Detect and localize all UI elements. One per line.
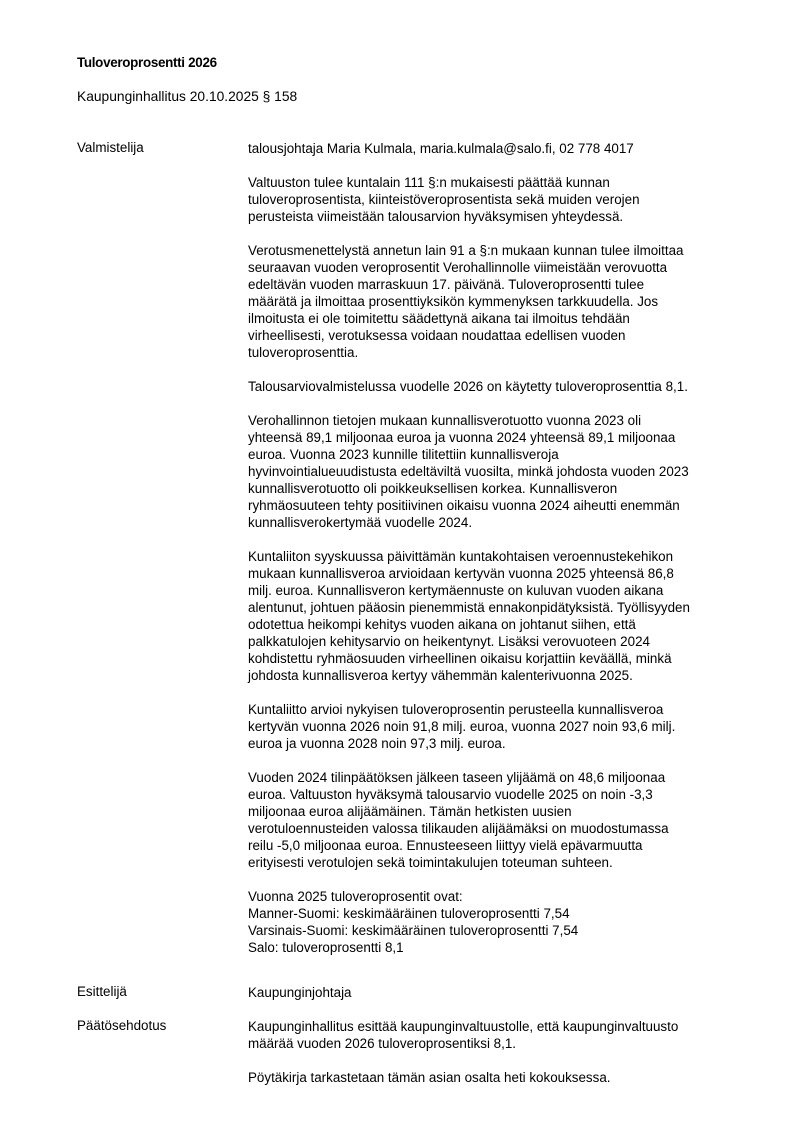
text-line: Vuonna 2025 tuloveroprosentit ovat: [248, 888, 748, 905]
proposal-label: Päätösehdotus [77, 1018, 247, 1033]
preparer-contact: talousjohtaja Maria Kulmala, maria.kulma… [248, 140, 748, 157]
preparer-paragraph: Vuonna 2025 tuloveroprosentit ovat:Manne… [248, 888, 748, 956]
text-line: kertyvän vuonna 2026 noin 91,8 milj. eur… [248, 718, 748, 735]
preparer-content: talousjohtaja Maria Kulmala, maria.kulma… [248, 140, 748, 956]
proposal-paragraph: Pöytäkirja tarkastetaan tämän asian osal… [248, 1069, 748, 1086]
text-line: kunnallisverotuotto oli poikkeuksellisen… [248, 480, 748, 497]
text-line: milj. euroa. Kunnallisveron kertymäennus… [248, 582, 748, 599]
presenter-value: Kaupunginjohtaja [248, 984, 748, 1001]
text-line: Varsinais-Suomi: keskimääräinen tulovero… [248, 922, 748, 939]
text-line: edeltävän vuoden marraskuun 17. päivänä.… [248, 276, 748, 293]
preparer-paragraph: Kuntaliiton syyskuussa päivittämän kunta… [248, 548, 748, 684]
text-line: Vuoden 2024 tilinpäätöksen jälkeen tasee… [248, 769, 748, 786]
text-line: määrää vuoden 2026 tuloveroprosentiksi 8… [248, 1035, 748, 1052]
preparer-paragraph: Vuoden 2024 tilinpäätöksen jälkeen tasee… [248, 769, 748, 871]
preparer-paragraph: Verotusmenettelystä annetun lain 91 a §:… [248, 242, 748, 361]
text-line: reilu -5,0 miljoonaa euroa. Ennusteeseen… [248, 837, 748, 854]
presenter-label: Esittelijä [77, 984, 247, 999]
proposal-paragraph: Kaupunginhallitus esittää kaupunginvaltu… [248, 1018, 748, 1052]
text-line: kohdistettu ryhmäosuuden virheellinen oi… [248, 650, 748, 667]
text-line: virheellisesti, verotuksessa voidaan nou… [248, 327, 748, 344]
text-line: Kuntaliiton syyskuussa päivittämän kunta… [248, 548, 748, 565]
preparer-paragraph: Verohallinnon tietojen mukaan kunnallisv… [248, 412, 748, 531]
meeting-reference: Kaupunginhallitus 20.10.2025 § 158 [77, 89, 297, 104]
preparer-paragraph: Talousarviovalmistelussa vuodelle 2026 o… [248, 378, 748, 395]
preparer-label: Valmistelija [77, 140, 247, 155]
text-line: ilmoitusta ei ole toimitettu säädettynä … [248, 310, 748, 327]
text-line: Pöytäkirja tarkastetaan tämän asian osal… [248, 1069, 748, 1086]
preparer-paragraph: Kuntaliitto arvioi nykyisen tuloveropros… [248, 701, 748, 752]
text-line: odotettua heikompi kehitys vuoden aikana… [248, 616, 748, 633]
text-line: erityisesti verotulojen sekä toimintakul… [248, 854, 748, 871]
preparer-paragraphs: Valtuuston tulee kuntalain 111 §:n mukai… [248, 174, 748, 956]
text-line: Salo: tuloveroprosentti 8,1 [248, 939, 748, 956]
text-line: Manner-Suomi: keskimääräinen tuloveropro… [248, 905, 748, 922]
text-line: hyvinvointialueuudistusta edeltäviltä vu… [248, 463, 748, 480]
text-line: Talousarviovalmistelussa vuodelle 2026 o… [248, 378, 748, 395]
text-line: euroa. Vuonna 2023 kunnille tilitettiin … [248, 446, 748, 463]
text-line: Verotusmenettelystä annetun lain 91 a §:… [248, 242, 748, 259]
text-line: euroa ja vuonna 2028 noin 97,3 milj. eur… [248, 735, 748, 752]
document-page: Tuloveroprosentti 2026 Kaupunginhallitus… [0, 0, 794, 1122]
text-line: perusteista viimeistään talousarvion hyv… [248, 208, 748, 225]
text-line: tuloveroprosenttia. [248, 344, 748, 361]
document-title: Tuloveroprosentti 2026 [77, 55, 217, 70]
text-line: ryhmäosuuteen tehty positiivinen oikaisu… [248, 497, 748, 514]
text-line: seuraavan vuoden veroprosentit Verohalli… [248, 259, 748, 276]
text-line: palkkatulojen kehitysarvio on heikentyny… [248, 633, 748, 650]
preparer-paragraph: Valtuuston tulee kuntalain 111 §:n mukai… [248, 174, 748, 225]
text-line: yhteensä 89,1 miljoonaa euroa ja vuonna … [248, 429, 748, 446]
text-line: määrätä ja ilmoittaa prosenttiyksikön ky… [248, 293, 748, 310]
text-line: mukaan kunnallisveroa arvioidaan kertyvä… [248, 565, 748, 582]
text-line: tuloveroprosentista, kiinteistöveroprose… [248, 191, 748, 208]
text-line: euroa. Valtuuston hyväksymä talousarvio … [248, 786, 748, 803]
text-line: Kaupunginhallitus esittää kaupunginvaltu… [248, 1018, 748, 1035]
text-line: Verohallinnon tietojen mukaan kunnallisv… [248, 412, 748, 429]
text-line: johdosta kunnallisveroa kertyy vähemmän … [248, 667, 748, 684]
text-line: Kuntaliitto arvioi nykyisen tuloveropros… [248, 701, 748, 718]
text-line: verotuloennusteiden valossa tilikauden a… [248, 820, 748, 837]
text-line: miljoonaa euroa alijäämäinen. Tämän hetk… [248, 803, 748, 820]
text-line: kunnallisverokertymää vuodelle 2024. [248, 514, 748, 531]
text-line: alentunut, johtuen pääosin pienemmistä e… [248, 599, 748, 616]
proposal-paragraphs: Kaupunginhallitus esittää kaupunginvaltu… [248, 1018, 748, 1086]
text-line: Valtuuston tulee kuntalain 111 §:n mukai… [248, 174, 748, 191]
